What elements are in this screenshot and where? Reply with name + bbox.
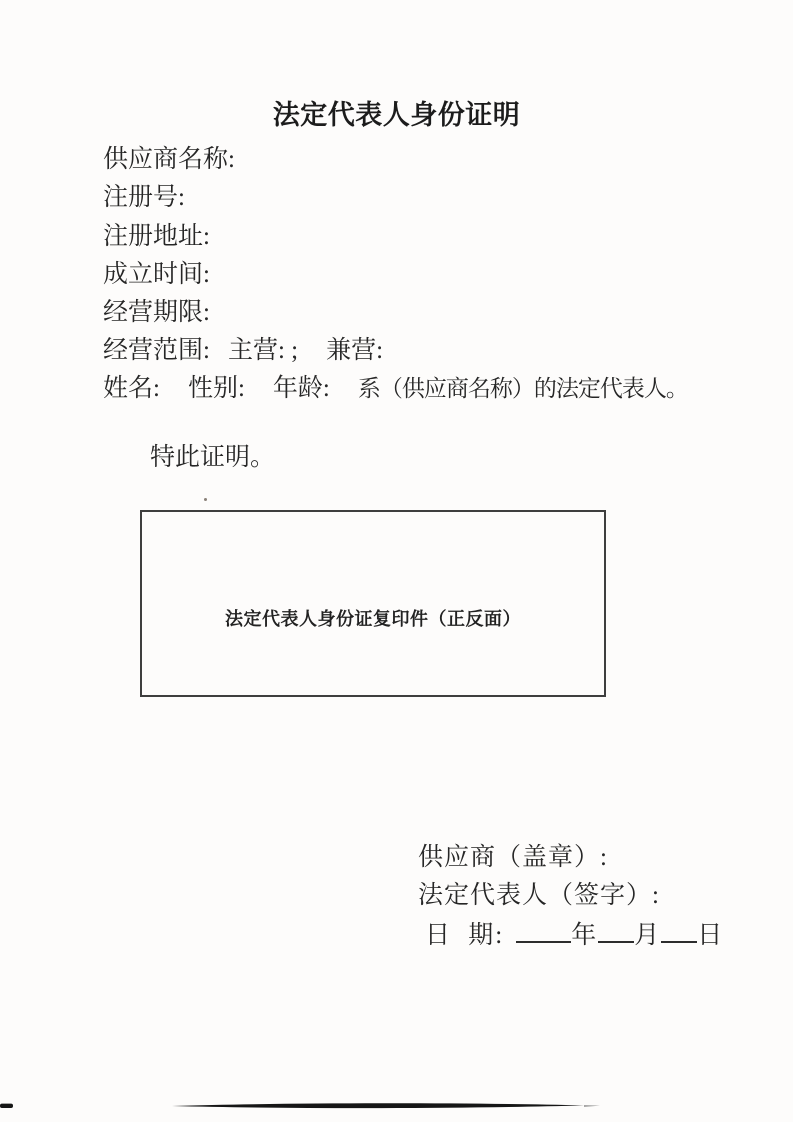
day-label: 日 (697, 922, 724, 949)
field-establishment-date: 成立时间: (103, 261, 210, 290)
date-label: 日 期: (425, 922, 504, 949)
representative-statement: 系（供应商名称）的法定代表人。 (358, 376, 688, 401)
month-blank-line (598, 918, 634, 943)
field-business-scope-line: 经营范围:主营: ;兼营: (103, 337, 383, 366)
main-business-label: 主营: ; (228, 337, 298, 364)
supplier-seal-line: 供应商（盖章）: (418, 844, 608, 873)
side-business-label: 兼营: (326, 337, 383, 364)
page-edge-scan-artifact (0, 1098, 793, 1114)
business-scope-label: 经营范围: (103, 337, 210, 364)
representative-info-line: 姓名:性别:年龄:系（供应商名称）的法定代表人。 (103, 375, 688, 404)
representative-signature-line: 法定代表人（签字）: (418, 882, 660, 911)
scanned-document-page: 法定代表人身份证明 供应商名称: 注册号: 注册地址: 成立时间: 经营期限: … (0, 0, 793, 1122)
document-title: 法定代表人身份证明 (0, 101, 793, 131)
gender-label: 性别: (188, 375, 245, 402)
age-label: 年龄: (273, 375, 330, 402)
certify-statement: 特此证明。 (150, 444, 275, 473)
field-supplier-name: 供应商名称: (103, 146, 235, 175)
month-label: 月 (634, 922, 661, 949)
date-line: 日 期:年月日 (425, 918, 724, 951)
year-blank-line (516, 918, 571, 943)
field-business-term: 经营期限: (103, 299, 210, 328)
id-copy-caption: 法定代表人身份证复印件（正反面） (225, 605, 521, 631)
field-registration-number: 注册号: (103, 184, 185, 213)
field-registered-address: 注册地址: (103, 223, 210, 252)
day-blank-line (661, 918, 697, 943)
scan-speck (204, 498, 207, 501)
year-label: 年 (571, 922, 598, 949)
id-copy-placeholder-box: 法定代表人身份证复印件（正反面） (140, 510, 606, 697)
name-label: 姓名: (103, 375, 160, 402)
